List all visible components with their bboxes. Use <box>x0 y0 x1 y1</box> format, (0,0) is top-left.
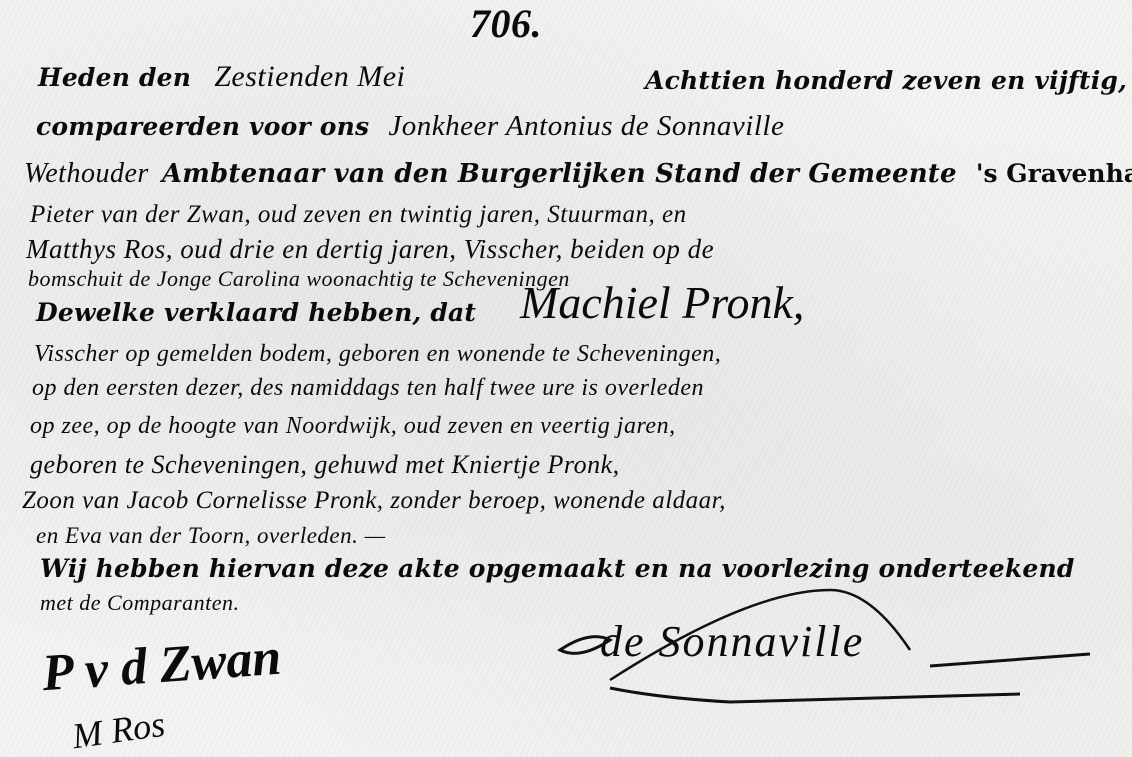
printed-municipality: 's Gravenhage, <box>976 161 1132 186</box>
scanned-document-page: 706. Heden den Zestienden Mei Achttien h… <box>0 0 1132 757</box>
printed-text: Ambtenaar van den Burgerlijken Stand der… <box>162 161 957 187</box>
printed-text: compareerden voor ons <box>36 114 369 139</box>
line-5-witness-2: Matthys Ros, oud drie en dertig jaren, V… <box>26 236 714 263</box>
handwritten-official-name: Jonkheer Antonius de Sonnaville <box>388 112 784 141</box>
handwritten-date: Zestienden Mei <box>214 62 405 92</box>
printed-text: Heden den <box>38 65 191 90</box>
record-number: 706. <box>470 4 542 44</box>
line-1: Heden den Zestienden Mei <box>38 62 405 92</box>
line-3: Wethouder Ambtenaar van den Burgerlijken… <box>24 160 1132 188</box>
line-8: Visscher op gemelden bodem, geboren en w… <box>34 342 721 366</box>
signature-comparant-1: P v d Zwan <box>40 632 282 701</box>
line-6-ship: bomschuit de Jonge Carolina woonachtig t… <box>28 268 570 290</box>
signature-comparant-2: M Ros <box>70 706 167 755</box>
line-9: op den eersten dezer, des namiddags ten … <box>32 376 704 400</box>
handwritten-deceased-name: Machiel Pronk, <box>520 280 804 326</box>
line-4-witness-1: Pieter van der Zwan, oud zeven en twinti… <box>30 202 687 227</box>
line-11: geboren te Scheveningen, gehuwd met Knie… <box>30 452 620 478</box>
printed-year: Achttien honderd zeven en vijftig, <box>645 68 1127 93</box>
line-10: op zee, op de hoogte van Noordwijk, oud … <box>30 414 676 438</box>
line-15: met de Comparanten. <box>40 592 240 614</box>
line-12: Zoon van Jacob Cornelisse Pronk, zonder … <box>22 488 726 513</box>
line-2: compareerden voor ons Jonkheer Antonius … <box>36 112 784 141</box>
line-7: Dewelke verklaard hebben, dat <box>36 300 476 325</box>
printed-text: Dewelke verklaard hebben, dat <box>36 300 476 325</box>
line-13: en Eva van der Toorn, overleden. — <box>36 524 386 547</box>
signature-flourish-icon <box>550 570 1090 710</box>
handwritten-title: Wethouder <box>24 160 149 188</box>
